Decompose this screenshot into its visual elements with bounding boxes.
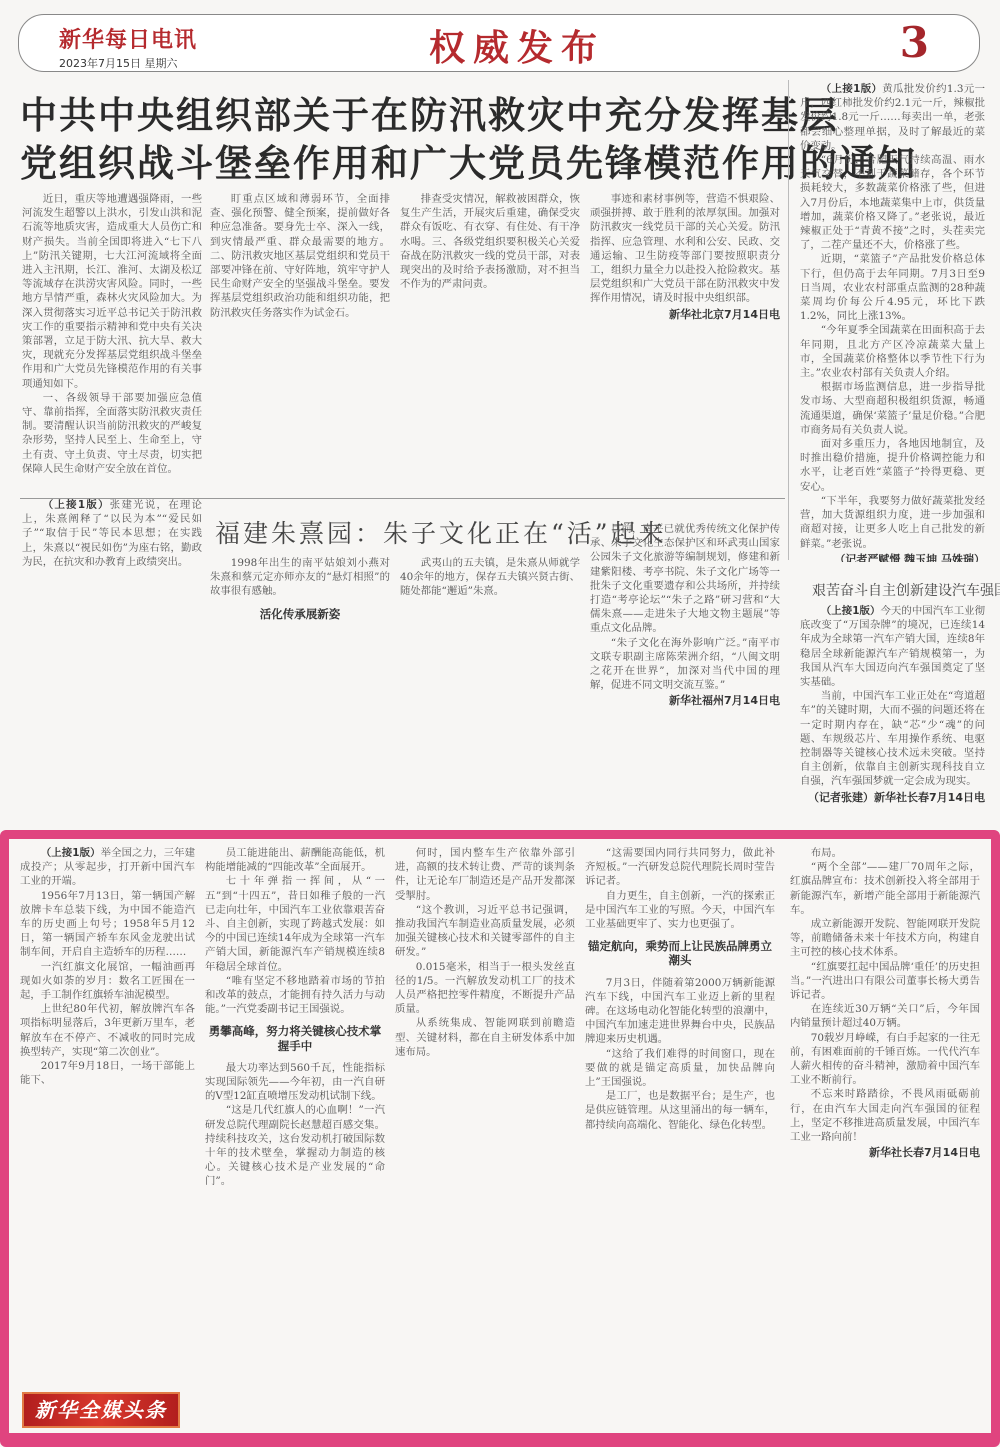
paragraph: 今天的中国汽车工业彻底改变了“万国杂牌”的境况，已连续14年成为全球第一汽车产销…	[800, 605, 985, 688]
zhuxi-column-2: 1998年出生的南平姑娘刘小燕对朱熹和蔡元定亦师亦友的“悬灯相照”的故事很有感触…	[210, 556, 390, 821]
dateline: （记者张建）新华社长春7月14日电	[800, 791, 985, 805]
auto-column-5: 布局。 “两个全部”——建厂70周年之际，红旗品牌宣布：技术创新投入将全部用于新…	[790, 846, 980, 1426]
auto-short-title: 艰苦奋斗自主创新建设汽车强国	[812, 580, 1000, 600]
auto-column-1: （上接1版）举全国之力，三年建成投产；从零起步，打开新中国汽车工业的开端。 19…	[20, 846, 195, 1386]
paragraph: 近日，重庆等地遭遇强降雨，一些河流发生超警以上洪水，引发山洪和泥石流等地质灾害，…	[22, 192, 202, 391]
paragraph: 根据市场监测信息，进一步指导批发市场、大型商超积极组织货源，畅通流通渠道，确保‘…	[800, 380, 985, 437]
main-headline: 中共中央组织部关于在防汛救灾中充分发挥基层 党组织战斗堡垒作用和广大党员先锋模范…	[20, 92, 780, 188]
auto-column-3: 何时，国内整车生产依靠外部引进，高额的技术转让费、严苛的谈判条件，让无论车厂制造…	[395, 846, 575, 1426]
byline: （记者严赋憬 魏玉坤 马姝瑞）	[800, 553, 985, 562]
paragraph: 事迹和素材事例等，营造不惧艰险、顽强拼搏、敢于胜利的浓厚氛围。加强对防汛救灾一线…	[590, 192, 780, 306]
masthead: 新华每日电讯 2023年7月15日 星期六 权威发布 3	[18, 14, 980, 72]
zhuxi-column-3: 武夷山的五夫镇，是朱熹从师就学40余年的地方，保存五夫镇兴贤古街、随处都能“邂逅…	[400, 556, 580, 821]
section-title: 权威发布	[429, 20, 605, 71]
subheading: 勇攀高峰，努力将关键核心技术掌握手中	[205, 1024, 385, 1052]
paragraph: 70载岁月峥嵘，有白手起家的一往无前，有困难面前的千锤百炼。一代代汽车人薪火相传…	[790, 1031, 980, 1088]
paragraph: “这个教训，习近平总书记强调，推动我国汽车制造业高质量发展，必须加强关键核心技术…	[395, 903, 575, 960]
continued-marker: （上接1版）	[821, 83, 882, 95]
paragraph: “两个全部”——建厂70周年之际，红旗品牌宣布：技术创新投入将全部用于新能源汽车…	[790, 860, 980, 917]
headline-line-2: 党组织战斗堡垒作用和广大党员先锋模范作用的通知	[20, 140, 780, 188]
newspaper-page: 新华每日电讯 2023年7月15日 星期六 权威发布 3 中共中央组织部关于在防…	[0, 0, 1000, 1447]
paragraph: 何时，国内整车生产依靠外部引进，高额的技术转让费、严苛的谈判条件，让无论车厂制造…	[395, 846, 575, 903]
paragraph: 7月3日，伴随着第2000万辆新能源汽车下线，中国汽车工业迈上新的里程碑。在这场…	[585, 976, 775, 1047]
paragraph: “今年夏季全国蔬菜在田面积高于去年同期，且北方产区冷凉蔬菜大量上市，全国蔬菜价格…	[800, 323, 985, 380]
dateline: 新华社北京7月14日电	[590, 308, 780, 322]
brand-block: 新华每日电讯 2023年7月15日 星期六	[59, 23, 197, 71]
paragraph: 成立新能源开发院、智能网联开发院等，前瞻储备未来十年技术方向，构建自主可控的核心…	[790, 917, 980, 960]
story1-column-1: 近日，重庆等地遭遇强降雨，一些河流发生超警以上洪水，引发山洪和泥石流等地质灾害，…	[22, 192, 202, 492]
paragraph: 2017年9月18日，一场干部能上能下、	[20, 1059, 195, 1087]
paragraph: 排查受灾情况，解救被困群众，恢复生产生活，开展灾后重建，确保受灾群众有饭吃、有衣…	[400, 192, 580, 291]
paragraph: 上世纪80年代初，解放牌汽车各项指标明显落后，3年更新万里车，老解放车在不停产、…	[20, 1002, 195, 1059]
subheading: 活化传承展新姿	[210, 607, 390, 621]
paragraph: “朱子文化在海外影响广泛。”南平市文联专职副主席陈荣洲介绍，“八闽文明之花开在世…	[590, 636, 780, 693]
story1-column-2: 盯重点区域和薄弱环节，全面排查、强化预警、健全预案，提前做好各种应急准备。要身先…	[210, 192, 390, 492]
paragraph: “这是几代红旗人的心血啊！”一汽研发总院代理副院长赵慧超百感交集。持续科技攻关，…	[205, 1103, 385, 1188]
zhuxi-column-1: （上接1版）张建光说，在理论上，朱熹阐释了“以民为本”“爱民如子”“取信于民”等…	[22, 498, 202, 818]
paragraph: 近期，“菜篮子”产品批发价格总体下行，但仍高于去年同期。7月3日至9日当周，农业…	[800, 252, 985, 323]
paragraph: 一汽红旗文化展馆，一幅油画再现如火如荼的岁月：数名工匠围在一起，手工制作红旗轿车…	[20, 960, 195, 1003]
paragraph: 是工厂，也是数据平台；是生产，也是供应链管理。从这里涌出的每一辆车，都持续向高端…	[585, 1089, 775, 1132]
headline-line-1: 中共中央组织部关于在防汛救灾中充分发挥基层	[20, 92, 780, 140]
column-divider	[788, 80, 789, 560]
paragraph: 七十年弹指一挥间，从“一五”到“十四五”，昔日如稚子般的一汽已走向壮年，中国汽车…	[205, 874, 385, 973]
dateline: 新华社福州7月14日电	[590, 694, 780, 708]
paragraph: 当前，中国汽车工业正处在“弯道超车”的关键时期，大而不强的问题还将在一定时期内存…	[800, 689, 985, 788]
paragraph: 1998年出生的南平姑娘刘小燕对朱熹和蔡元定亦师亦友的“悬灯相照”的故事很有感触…	[210, 556, 390, 599]
paragraph: 从系统集成、智能网联到前瞻造型、关键材料，都在自主研发体系中加速布局。	[395, 1016, 575, 1059]
continued-marker: （上接1版）	[41, 847, 101, 859]
paragraph: 员工能进能出、薪酬能高能低，机构能增能减的“四能改革”全面展开。	[205, 846, 385, 874]
story1-column-4: 事迹和素材事例等，营造不惧艰险、顽强拼搏、敢于胜利的浓厚氛围。加强对防汛救灾一线…	[590, 192, 780, 492]
auto-column-2: 员工能进能出、薪酬能高能低，机构能增能减的“四能改革”全面展开。 七十年弹指一挥…	[205, 846, 385, 1426]
paragraph: “这给了我们难得的时间窗口，现在要做的就是锚定高质量，加快品牌向上”王国强说。	[585, 1047, 775, 1090]
story-auto-short: （上接1版）今天的中国汽车工业彻底改变了“万国杂牌”的境况，已连续14年成为全球…	[800, 604, 985, 819]
continued-marker: （上接1版）	[821, 605, 881, 617]
paragraph: “6月份，合肥天气持续高温、雨水天气交替，不利于蔬菜储存，各个环节损耗较大，多数…	[800, 153, 985, 252]
continued-marker: （上接1版）	[43, 499, 110, 511]
paragraph: “红旗要扛起中国品牌‘重任’的历史担当。”一汽进出口有限公司董事长杨大勇告诉记者…	[790, 960, 980, 1003]
paragraph: 布局。	[790, 846, 980, 860]
paragraph: 不忘来时路踏徐，不畏风雨砥砺前行，在由汽车大国走向汽车强国的征程上，坚定不移推进…	[790, 1087, 980, 1144]
xinhua-headline-banner: 新华全媒头条	[22, 1392, 180, 1428]
brand-logo: 新华每日电讯	[59, 23, 197, 54]
paragraph: “这需要国内同行共同努力，做此补齐短板。”一汽研发总院代理院长周时莹告诉记者。	[585, 846, 775, 889]
paragraph: 目前，南平已就优秀传统文化保护传承、朱子文化生态保护区和环武夷山国家公园朱子文化…	[590, 522, 780, 636]
subheading: 锚定航向，乘势而上让民族品牌勇立潮头	[585, 939, 775, 967]
paragraph: 盯重点区域和薄弱环节，全面排查、强化预警、健全预案，提前做好各种应急准备。要身先…	[210, 192, 390, 320]
paragraph: 武夷山的五夫镇，是朱熹从师就学40余年的地方，保存五夫镇兴贤古街、随处都能“邂逅…	[400, 556, 580, 599]
paragraph: 在连续近30万辆“关口”后，今年国内销量预计超过40万辆。	[790, 1002, 980, 1030]
paragraph: 1956年7月13日，第一辆国产解放牌卡车总装下线，为中国不能造汽车的历史画上句…	[20, 889, 195, 960]
paragraph: 0.015毫米，相当于一根头发丝直径的1/5。一汽解放发动机工厂的技术人员严格把…	[395, 960, 575, 1017]
zhuxi-column-4: 目前，南平已就优秀传统文化保护传承、朱子文化生态保护区和环武夷山国家公园朱子文化…	[590, 522, 780, 822]
page-number: 3	[900, 18, 929, 67]
paragraph: “下半年，我要努力做好蔬菜批发经营，加大货源组织力度，进一步加强和商超对接，让更…	[800, 494, 985, 551]
story-vegetables: （上接1版）黄瓜批发价约1.3元一斤，西红柿批发价约2.1元一斤，辣椒批发价约1…	[800, 82, 985, 562]
paragraph: 自力更生，自主创新，一汽的探索正是中国汽车工业的写照。今天，中国汽车工业基础更牢…	[585, 889, 775, 932]
auto-column-4: “这需要国内同行共同努力，做此补齐短板。”一汽研发总院代理院长周时莹告诉记者。 …	[585, 846, 775, 1426]
story1-column-3: 排查受灾情况，解救被困群众，恢复生产生活，开展灾后重建，确保受灾群众有饭吃、有衣…	[400, 192, 580, 492]
paragraph: 最大功率达到560千瓦，性能指标实现国际领先——今年初，由一汽自研的V型12缸直…	[205, 1061, 385, 1104]
issue-date: 2023年7月15日 星期六	[59, 55, 197, 71]
dateline: 新华社长春7月14日电	[790, 1146, 980, 1160]
paragraph: 面对多重压力，各地因地制宜，及时推出稳价措施，提升价格调控能力和水平，让老百姓“…	[800, 437, 985, 494]
paragraph: 一、各级领导干部要加强应急值守、靠前指挥，全面落实防汛救灾责任制。要清醒认识当前…	[22, 391, 202, 476]
paragraph: “唯有坚定不移地踏着市场的节拍和改革的鼓点，才能拥有持久活力与动能。”一汽党委副…	[205, 974, 385, 1017]
